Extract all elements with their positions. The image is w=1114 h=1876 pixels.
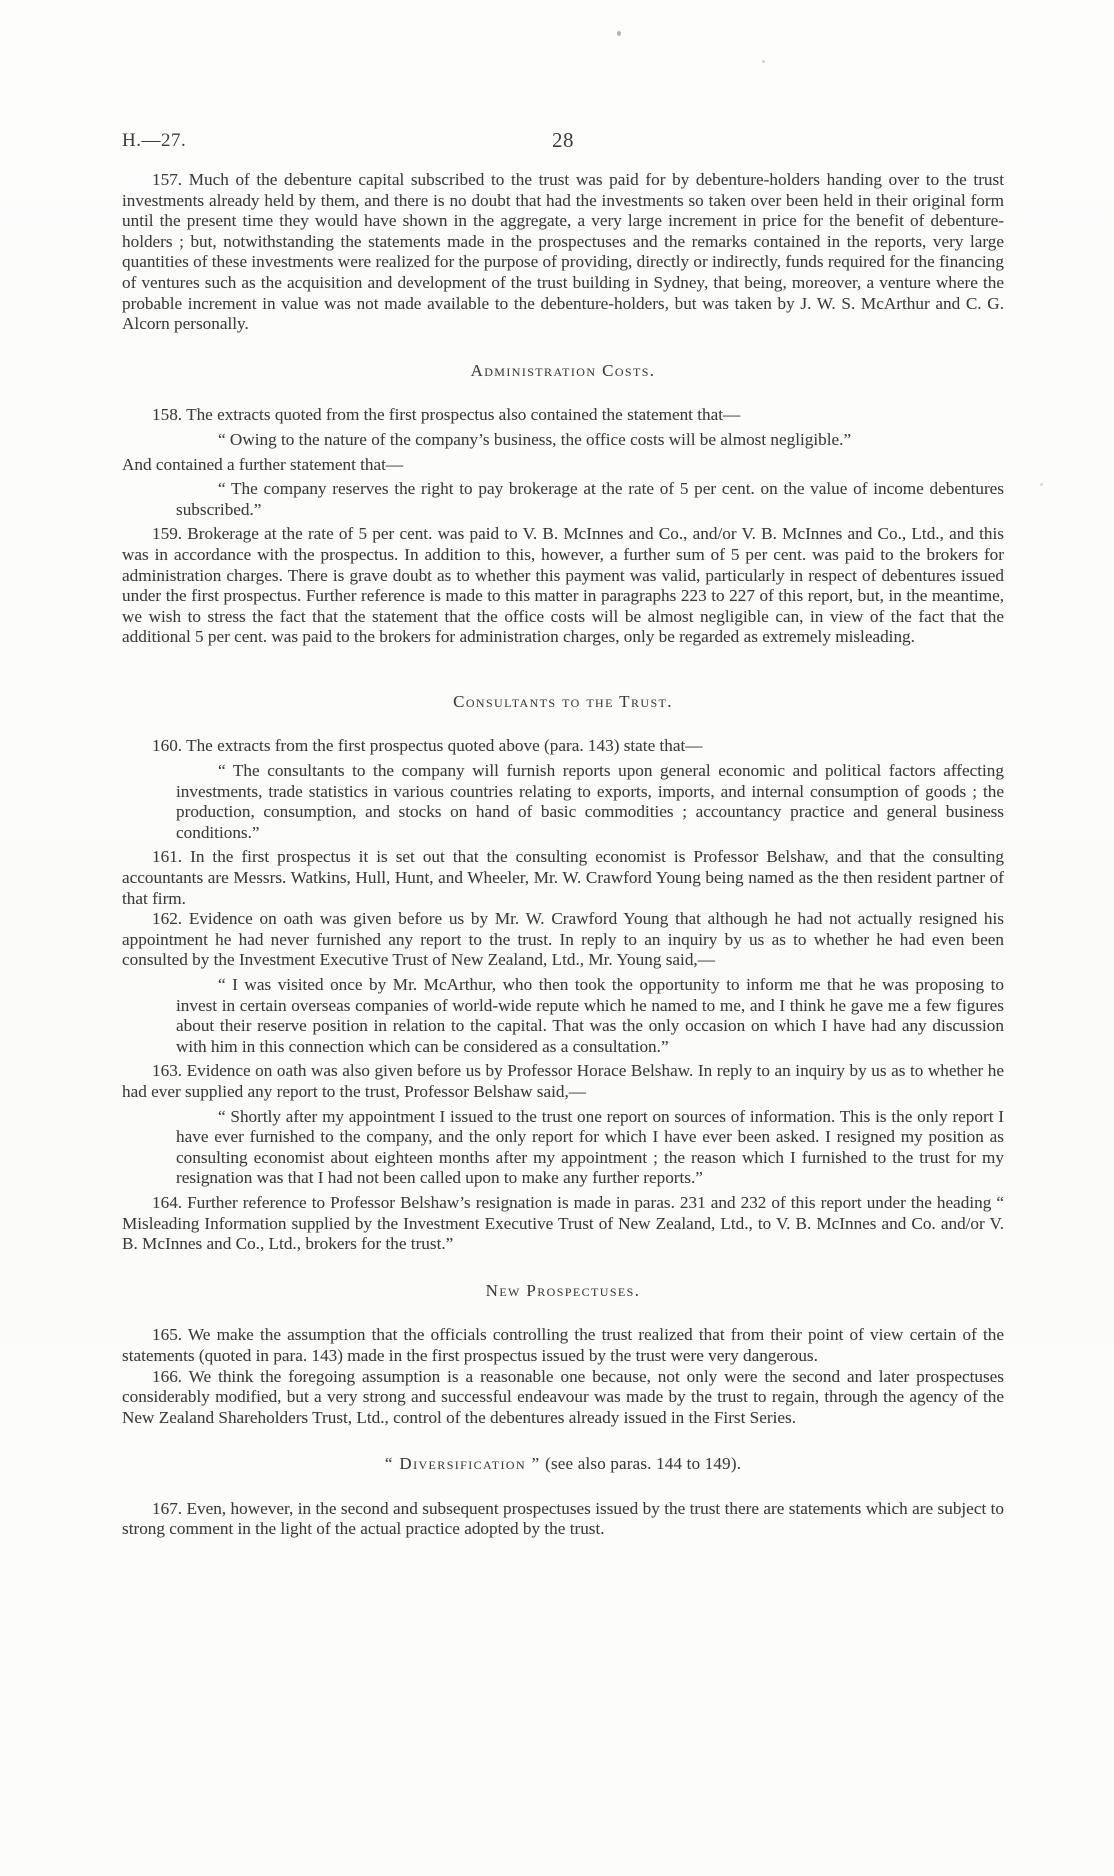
page-header: H.—27. 28 <box>122 128 1004 158</box>
document-body: 157. Much of the debenture capital subsc… <box>122 170 1004 1540</box>
heading-consultants-to-the-trust: Consultants to the Trust. <box>122 692 1004 713</box>
quote-belshaw-testimony: “ Shortly after my appointment I issued … <box>176 1107 1004 1189</box>
heading-new-prospectuses: New Prospectuses. <box>122 1281 1004 1302</box>
scan-speck <box>1040 483 1043 486</box>
paragraph-161: 161. In the first prospectus it is set o… <box>122 847 1004 909</box>
heading-diversification-reference: (see also paras. 144 to 149). <box>541 1454 742 1473</box>
paragraph-158-continuation: And contained a further statement that— <box>122 455 1004 476</box>
paragraph-158-intro: 158. The extracts quoted from the first … <box>122 405 1004 426</box>
scan-speck <box>617 31 621 36</box>
quote-brokerage: “ The company reserves the right to pay … <box>176 479 1004 520</box>
heading-diversification-quoted: “ Diversification ” <box>385 1454 541 1473</box>
heading-diversification: “ Diversification ” (see also paras. 144… <box>122 1454 1004 1475</box>
paragraph-167: 167. Even, however, in the second and su… <box>122 1499 1004 1540</box>
paragraph-157: 157. Much of the debenture capital subsc… <box>122 170 1004 335</box>
paragraph-160-intro: 160. The extracts from the first prospec… <box>122 736 1004 757</box>
scan-speck <box>762 60 765 63</box>
paragraph-165: 165. We make the assumption that the off… <box>122 1325 1004 1366</box>
quote-young-testimony: “ I was visited once by Mr. McArthur, wh… <box>176 975 1004 1057</box>
paragraph-159: 159. Brokerage at the rate of 5 per cent… <box>122 524 1004 648</box>
paragraph-166: 166. We think the foregoing assumption i… <box>122 1367 1004 1429</box>
paragraph-163: 163. Evidence on oath was also given bef… <box>122 1061 1004 1102</box>
quote-office-costs: “ Owing to the nature of the company’s b… <box>176 430 1004 451</box>
quote-consultants: “ The consultants to the company will fu… <box>176 761 1004 843</box>
paragraph-162: 162. Evidence on oath was given before u… <box>122 909 1004 971</box>
document-page: H.—27. 28 157. Much of the debenture cap… <box>0 0 1114 1876</box>
page-number: 28 <box>122 128 1004 153</box>
paragraph-164: 164. Further reference to Professor Bels… <box>122 1193 1004 1255</box>
heading-administration-costs: Administration Costs. <box>122 361 1004 382</box>
